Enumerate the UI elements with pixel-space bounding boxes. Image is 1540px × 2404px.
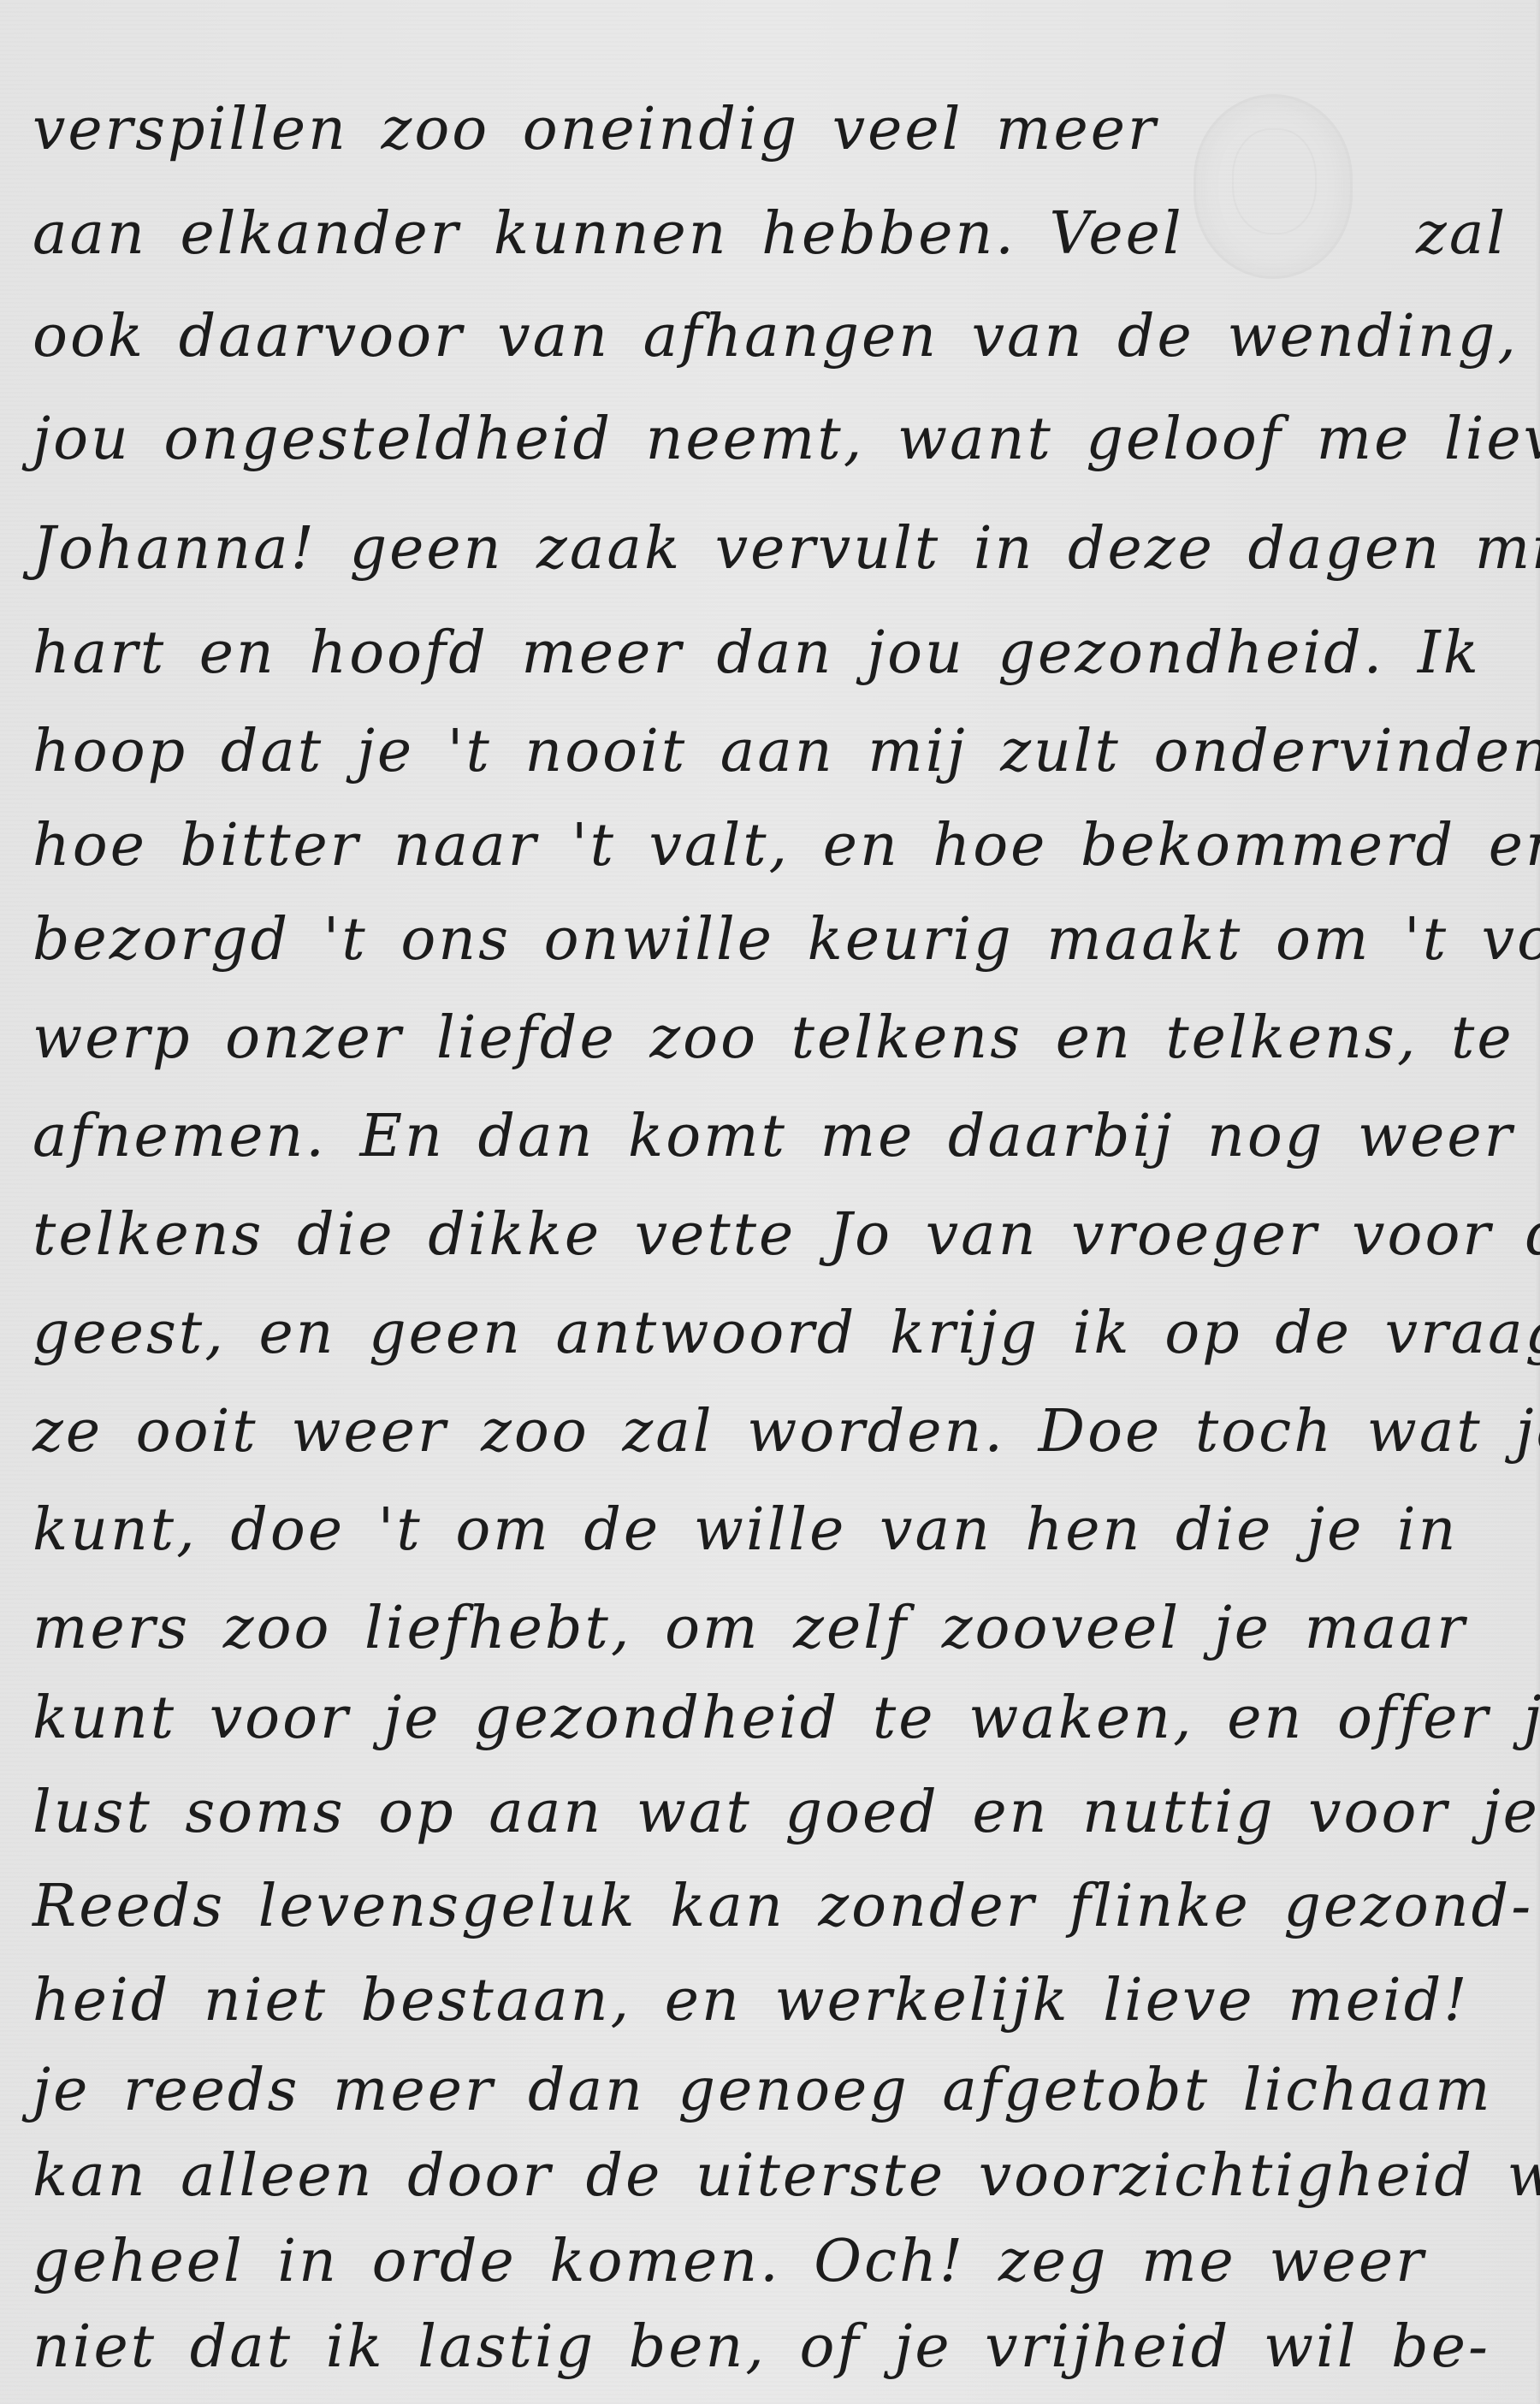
handwritten-line: geheel in orde komen. Och! zeg me weer [33, 2233, 1426, 2291]
handwritten-line: niet dat ik lastig ben, of je vrijheid w… [33, 2318, 1490, 2377]
letter-page: verspillen zoo oneindig veel meeraan elk… [0, 0, 1540, 2404]
line-text: Johanna! geen zaak vervult in deze dagen… [33, 515, 1540, 583]
handwritten-line: werp onzer liefde zoo telkens en telkens… [33, 1010, 1540, 1068]
line-text: jou ongesteldheid neemt, want geloof me … [33, 406, 1540, 473]
line-text: aan elkander kunnen hebben. Veel [33, 200, 1184, 268]
handwritten-line: kunt, doe 't om de wille van hen die je … [33, 1501, 1458, 1560]
handwritten-line: heid niet bestaan, en werkelijk lieve me… [33, 1972, 1470, 2030]
handwritten-line: hart en hoofd meer dan jou gezondheid. I… [33, 625, 1481, 683]
handwritten-line: geest, en geen antwoord krijg ik op de v… [33, 1305, 1540, 1363]
line-text: je reeds meer dan genoeg afgetobt lichaa… [33, 2057, 1493, 2124]
handwritten-line: Johanna! geen zaak vervult in deze dagen… [33, 520, 1540, 578]
line-text: ook daarvoor van afhangen van de wending… [33, 303, 1540, 370]
line-text: heid niet bestaan, en werkelijk lieve me… [33, 1967, 1470, 2034]
handwritten-line: kunt voor je gezondheid te waken, en off… [33, 1690, 1540, 1748]
line-text-right: zal [1416, 205, 1507, 263]
handwritten-line: telkens die dikke vette Jo van vroeger v… [33, 1206, 1540, 1264]
embossed-seal-inner-icon [1232, 128, 1317, 234]
handwritten-line: ook daarvoor van afhangen van de wending… [33, 308, 1540, 366]
line-text: Reeds levensgeluk kan zonder flinke gezo… [33, 1873, 1533, 1940]
line-text: mers zoo liefhebt, om zelf zooveel je ma… [33, 1595, 1467, 1662]
line-text: ze ooit weer zoo zal worden. Doe toch wa… [33, 1398, 1540, 1465]
handwritten-line: aan elkander kunnen hebben. Veelzal [33, 205, 1184, 263]
line-text: kunt, doe 't om de wille van hen die je … [33, 1496, 1458, 1564]
line-text: kan alleen door de uiterste voorzichtigh… [33, 2142, 1540, 2210]
line-text: verspillen zoo oneindig veel meer [33, 96, 1158, 163]
handwritten-line: hoop dat je 't nooit aan mij zult onderv… [33, 723, 1540, 781]
line-text: hart en hoofd meer dan jou gezondheid. I… [33, 619, 1481, 687]
handwritten-line: jou ongesteldheid neemt, want geloof me … [33, 411, 1540, 469]
line-text: bezorgd 't ons onwille keurig maakt om '… [33, 906, 1540, 974]
line-text: werp onzer liefde zoo telkens en telkens… [33, 1004, 1540, 1072]
line-text: hoop dat je 't nooit aan mij zult onderv… [33, 718, 1540, 785]
handwritten-line: je reeds meer dan genoeg afgetobt lichaa… [33, 2062, 1493, 2120]
handwritten-line: ze ooit weer zoo zal worden. Doe toch wa… [33, 1403, 1540, 1461]
handwritten-line: bezorgd 't ons onwille keurig maakt om '… [33, 911, 1540, 969]
line-text: lust soms op aan wat goed en nuttig voor… [33, 1779, 1540, 1846]
line-text: hoe bitter naar 't valt, en hoe bekommer… [33, 812, 1540, 879]
line-text: geheel in orde komen. Och! zeg me weer [33, 2228, 1426, 2295]
handwritten-line: afnemen. En dan komt me daarbij nog weer [33, 1108, 1514, 1166]
handwritten-line: verspillen zoo oneindig veel meer [33, 101, 1158, 159]
handwritten-line: lust soms op aan wat goed en nuttig voor… [33, 1784, 1540, 1842]
handwritten-line: mers zoo liefhebt, om zelf zooveel je ma… [33, 1600, 1467, 1658]
handwritten-line: hoe bitter naar 't valt, en hoe bekommer… [33, 817, 1540, 875]
line-text: geest, en geen antwoord krijg ik op de v… [33, 1300, 1540, 1367]
line-text: afnemen. En dan komt me daarbij nog weer [33, 1103, 1514, 1170]
line-text: kunt voor je gezondheid te waken, en off… [33, 1685, 1540, 1752]
line-text: telkens die dikke vette Jo van vroeger v… [33, 1201, 1540, 1269]
line-text: niet dat ik lastig ben, of je vrijheid w… [33, 2313, 1490, 2381]
handwritten-line: kan alleen door de uiterste voorzichtigh… [33, 2147, 1540, 2206]
handwritten-line: Reeds levensgeluk kan zonder flinke gezo… [33, 1878, 1533, 1936]
